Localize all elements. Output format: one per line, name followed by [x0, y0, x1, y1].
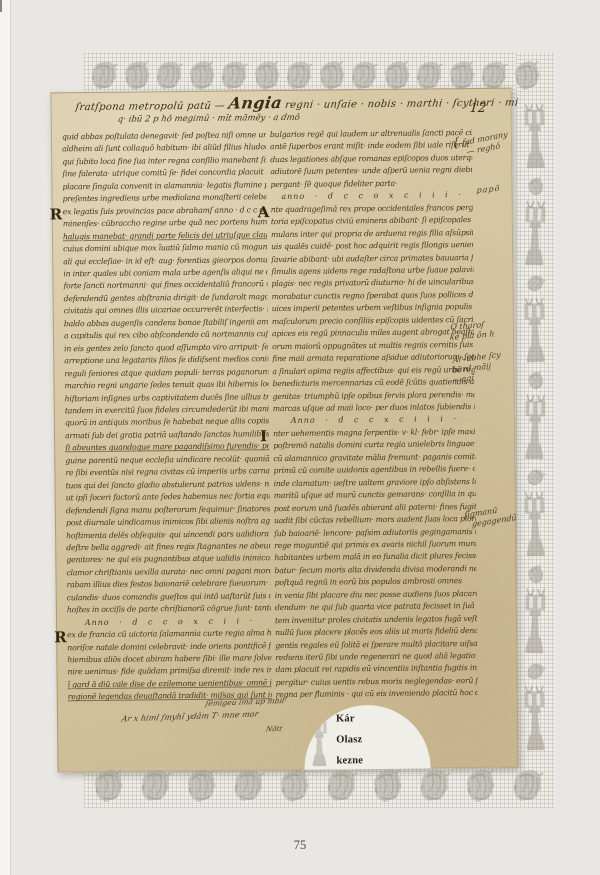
text-block: bulgarios regẽ qui laudem ur altrenualis… — [270, 127, 473, 191]
boar-stamp-icon — [380, 55, 413, 93]
column-stamp-icon — [308, 716, 331, 768]
marginal-note-3: O tharoſ ke pīa ōn h — [449, 319, 495, 343]
text-block: Rex de francia cū uictoria ſalamannia cu… — [67, 627, 272, 704]
boar-stamp-icon — [225, 763, 272, 805]
marginal-note-text: ~ agī — [452, 373, 474, 385]
text-column-left: quid abbas poſtulata denegavit· ſed poſt… — [62, 129, 272, 704]
manuscript-heading-line2: q· ibū 2 p hō megimū · mīt māmēy · a dmō — [117, 113, 301, 125]
paragraph-initial: I — [260, 427, 267, 445]
text-block: Rex legatis ſuis provincias pace abraham… — [63, 204, 271, 617]
column-stamp-icon — [521, 199, 549, 268]
boar-stamp-icon — [510, 55, 543, 93]
marginal-note-text: papō — [476, 184, 500, 195]
printed-caption: Kár Olasz kezne — [336, 708, 363, 770]
column-stamp-icon — [521, 393, 549, 462]
boar-stamp-icon — [250, 55, 283, 93]
boar-stamp-icon — [411, 763, 458, 805]
brace-mark: { — [452, 135, 460, 151]
paragraph-initial: A — [258, 203, 270, 221]
boar-stamp-icon — [445, 55, 478, 93]
boar-stamp-icon — [318, 763, 365, 805]
marginal-note-4: Ar–ubhe ſcy bard māij ~ agī — [452, 350, 501, 386]
page-number: 75 — [0, 838, 600, 853]
marginal-note-2: papō — [476, 184, 500, 196]
heading-initial: Angia — [228, 93, 284, 113]
book-page: ſratſpona metropolū patū — Angia regni ·… — [0, 0, 600, 875]
boar-stamp-icon — [504, 763, 551, 805]
boar-stamp-icon — [88, 56, 120, 94]
paragraph-initial: R — [50, 205, 63, 223]
boar-stamp-icon — [458, 764, 503, 805]
boar-stamp-icon — [413, 56, 445, 94]
caption-fragment: Kár — [336, 708, 363, 729]
column-stamp-icon — [521, 684, 549, 753]
boar-stamp-icon — [86, 764, 131, 805]
caption-fragment: Olasz — [336, 729, 363, 750]
arch-cutout: Kár Olasz kezne — [304, 704, 431, 769]
paragraph-initial: R — [54, 628, 67, 646]
boar-stamp-icon — [179, 764, 224, 805]
bottom-annotation-line3: Nōtt — [265, 725, 283, 734]
column-stamp-icon — [521, 296, 549, 365]
heading-pre: ſratſpona metropolū patū — — [75, 101, 226, 114]
column-stamp-icon — [521, 102, 549, 171]
script-line: adiutorē ſuum petentes· unde aſperū ueni… — [270, 164, 472, 179]
boar-stamp-icon — [185, 55, 218, 93]
boar-stamp-icon — [132, 763, 179, 805]
bottom-annotation-line2: Ar x himl ſmyhī ydām T· mne mor — [121, 709, 260, 723]
column-stamp-icon — [521, 587, 549, 656]
photo-edge-mark — [0, 0, 2, 12]
text-block: quid abbas poſtulata denegavit· ſed poſt… — [62, 129, 267, 206]
script-line: pergant· ſē quoque fideliter parta· — [270, 177, 472, 192]
boar-stamp-icon — [365, 764, 410, 805]
boar-stamp-icon — [218, 56, 250, 94]
text-column-right: bulgarios regẽ qui laudem ur altrenualis… — [270, 127, 478, 702]
bottom-annotation-line1: ſēmigeū imā up mbil· — [205, 696, 288, 708]
column-stamp-icon — [521, 490, 549, 559]
script-line: regna per fluminis · qui cū eis invenien… — [276, 687, 478, 702]
folio-number: 12 — [469, 101, 487, 116]
boar-stamp-icon — [153, 56, 185, 94]
boar-stamp-icon — [283, 56, 315, 94]
boar-stamp-icon — [348, 56, 380, 94]
boar-stamp-icon — [120, 55, 153, 93]
manuscript-plate: ſratſpona metropolū patū — Angia regni ·… — [50, 88, 518, 773]
page-left-edge — [0, 0, 11, 875]
boar-stamp-icon — [315, 55, 348, 93]
text-block: Ante quadrageſimā rex prope occidentales… — [271, 202, 475, 416]
boar-stamp-icon — [272, 764, 317, 805]
script-line: hoſtes in occiſis de parte chriſtianorū … — [67, 602, 271, 617]
script-line: marcas uſque ad maii loco· per duos inla… — [273, 401, 475, 416]
boar-stamp-icon — [478, 56, 510, 94]
text-block: Inter uehementis magna ſerpentis· v· kl·… — [273, 426, 478, 702]
